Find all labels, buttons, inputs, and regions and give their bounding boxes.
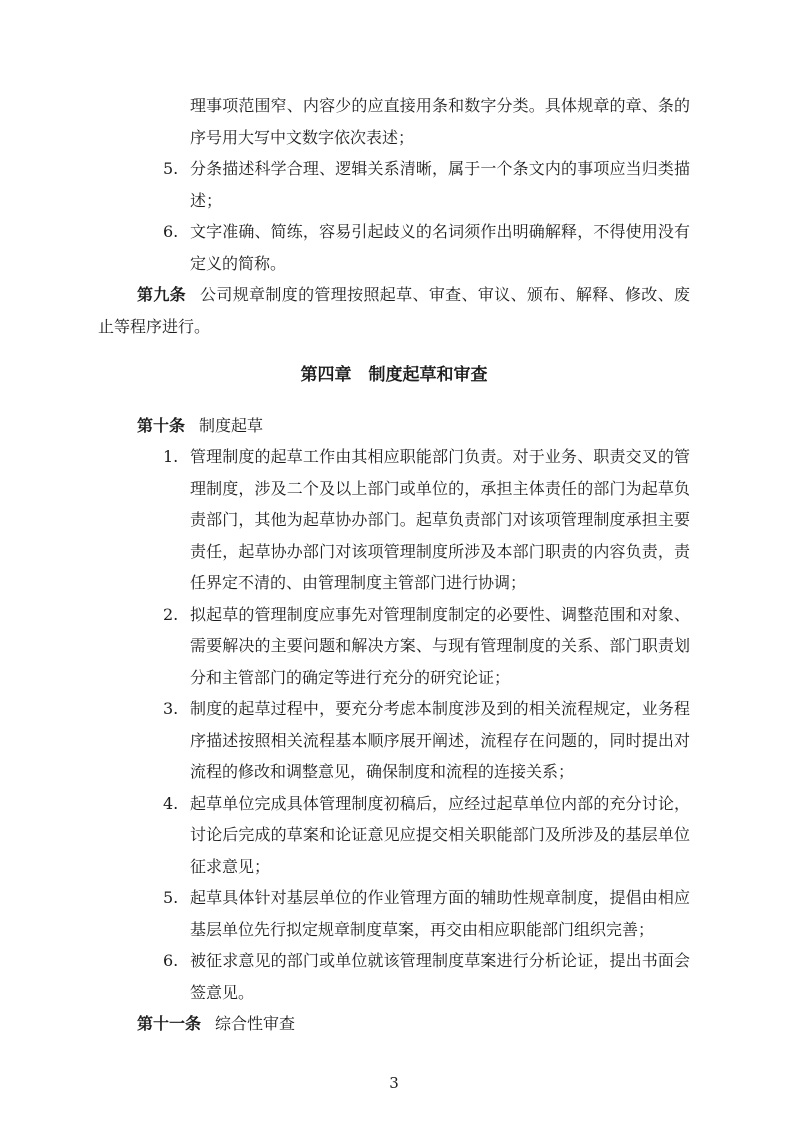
list-number: 1.: [163, 441, 187, 473]
list-number: 6.: [163, 945, 187, 977]
article-11-label: 第十一条: [137, 1014, 201, 1033]
list-item-a10-5: 5. 起草具体针对基层单位的作业管理方面的辅助性规章制度，提倡由相应基层单位先行…: [190, 882, 690, 945]
article-10-text: 制度起草: [199, 416, 263, 435]
article-9-label: 第九条: [137, 285, 186, 304]
chapter-4-heading: 第四章 制度起草和审查: [98, 360, 690, 392]
list-item-text: 拟起草的管理制度应事先对管理制度制定的必要性、调整范围和对象、需要解决的主要问题…: [190, 605, 690, 687]
list-item-text: 制度的起草过程中，要充分考虑本制度涉及到的相关流程规定，业务程序描述按照相关流程…: [190, 699, 690, 781]
list-item-text: 被征求意见的部门或单位就该管理制度草案进行分析论证，提出书面会签意见。: [190, 951, 690, 1002]
page-number: 3: [98, 1068, 690, 1100]
list-item-text: 分条描述科学合理、逻辑关系清晰，属于一个条文内的事项应当归类描述；: [190, 159, 690, 210]
list-number: 5.: [163, 153, 187, 185]
article-11-text: 综合性审查: [215, 1014, 295, 1033]
list-item-top-5: 5. 分条描述科学合理、逻辑关系清晰，属于一个条文内的事项应当归类描述；: [190, 153, 690, 216]
list-item-text: 起草具体针对基层单位的作业管理方面的辅助性规章制度，提倡由相应基层单位先行拟定规…: [190, 888, 690, 939]
paragraph-continuation-item4: 理事项范围窄、内容少的应直接用条和数字分类。具体规章的章、条的序号用大写中文数字…: [190, 90, 690, 153]
list-item-text: 文字准确、简练，容易引起歧义的名词须作出明确解释，不得使用没有定义的简称。: [190, 222, 690, 273]
list-number: 3.: [163, 693, 187, 725]
list-item-top-6: 6. 文字准确、简练，容易引起歧义的名词须作出明确解释，不得使用没有定义的简称。: [190, 216, 690, 279]
list-item-a10-6: 6. 被征求意见的部门或单位就该管理制度草案进行分析论证，提出书面会签意见。: [190, 945, 690, 1008]
list-item-a10-1: 1. 管理制度的起草工作由其相应职能部门负责。对于业务、职责交叉的管理制度，涉及…: [190, 441, 690, 599]
document-content: 理事项范围窄、内容少的应直接用条和数字分类。具体规章的章、条的序号用大写中文数字…: [0, 0, 793, 1099]
document-page: 理事项范围窄、内容少的应直接用条和数字分类。具体规章的章、条的序号用大写中文数字…: [0, 0, 793, 1122]
list-item-a10-3: 3. 制度的起草过程中，要充分考虑本制度涉及到的相关流程规定，业务程序描述按照相…: [190, 693, 690, 788]
article-10-label: 第十条: [137, 416, 185, 435]
article-9-text: 公司规章制度的管理按照起草、审查、审议、颁布、解释、修改、废止等程序进行。: [98, 285, 690, 336]
list-number: 6.: [163, 216, 187, 248]
list-item-text: 起草单位完成具体管理制度初稿后，应经过起草单位内部的充分讨论，讨论后完成的草案和…: [190, 794, 690, 876]
article-10-paragraph: 第十条制度起草: [98, 410, 690, 442]
list-item-a10-4: 4. 起草单位完成具体管理制度初稿后，应经过起草单位内部的充分讨论，讨论后完成的…: [190, 788, 690, 883]
list-item-text: 管理制度的起草工作由其相应职能部门负责。对于业务、职责交叉的管理制度，涉及二个及…: [190, 447, 690, 592]
list-item-a10-2: 2. 拟起草的管理制度应事先对管理制度制定的必要性、调整范围和对象、需要解决的主…: [190, 599, 690, 694]
list-number: 5.: [163, 882, 187, 914]
article-11-paragraph: 第十一条综合性审查: [98, 1008, 690, 1040]
list-number: 2.: [163, 599, 187, 631]
list-number: 4.: [163, 788, 187, 820]
article-9-paragraph: 第九条公司规章制度的管理按照起草、审查、审议、颁布、解释、修改、废止等程序进行。: [98, 279, 690, 342]
